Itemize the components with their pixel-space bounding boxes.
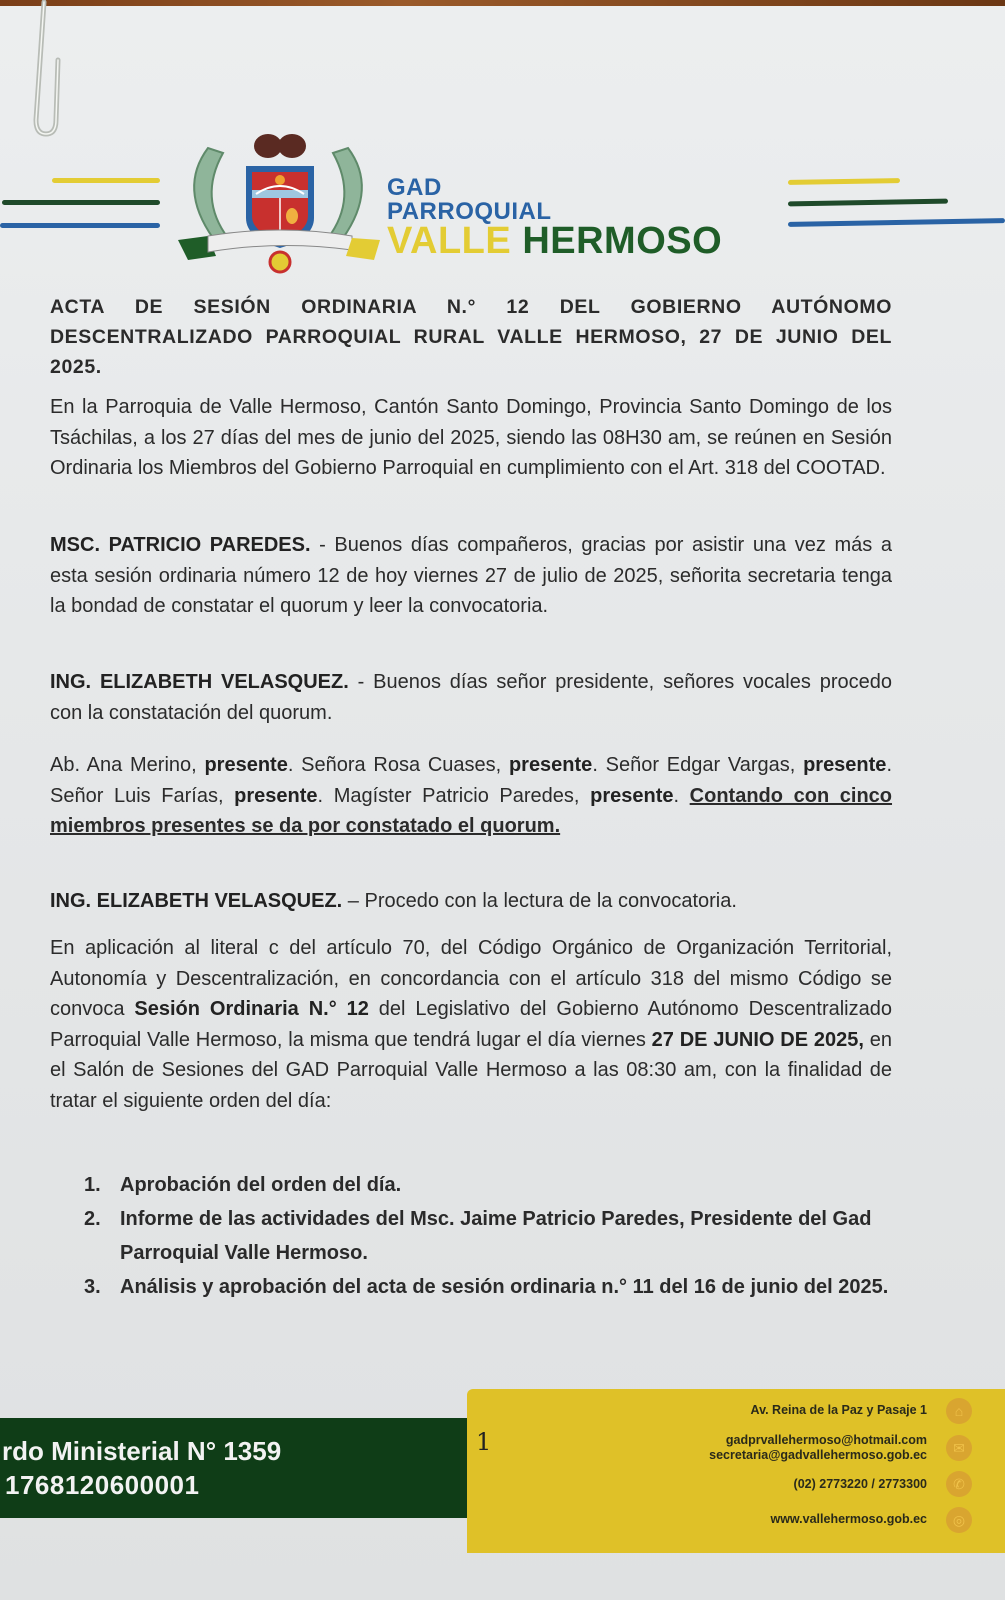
speaker-name: ING. ELIZABETH VELASQUEZ. <box>50 890 342 912</box>
email-list: gadprvallehermoso@hotmail.com secretaria… <box>709 1433 927 1463</box>
intro-paragraph: En la Parroquia de Valle Hermoso, Cantón… <box>50 392 892 484</box>
agenda-item: 1.Aprobación del orden del día. <box>84 1168 919 1202</box>
home-icon: ⌂ <box>946 1398 972 1424</box>
phone-icon: ✆ <box>946 1471 972 1497</box>
brand-line-valle-hermoso: VALLE HERMOSO <box>387 222 722 260</box>
header-stripe-green-left <box>2 200 160 205</box>
email-secretary[interactable]: secretaria@gadvallehermoso.gob.ec <box>709 1448 927 1463</box>
footer-green-band: rdo Ministerial N° 1359 1768120600001 <box>0 1418 470 1518</box>
paperclip-icon <box>26 0 66 140</box>
document-title: ACTA DE SESIÓN ORDINARIA N.° 12 DEL GOBI… <box>50 292 892 382</box>
website-link[interactable]: www.vallehermoso.gob.ec <box>770 1512 927 1527</box>
brand-line-gad: GAD <box>387 176 722 200</box>
email-primary[interactable]: gadprvallehermoso@hotmail.com <box>709 1433 927 1448</box>
agenda-item: 2.Informe de las actividades del Msc. Ja… <box>84 1202 919 1270</box>
page-number: 1 <box>476 1428 491 1456</box>
header-stripe-blue-left <box>0 223 160 228</box>
speech-velasquez-1: ING. ELIZABETH VELASQUEZ. - Buenos días … <box>50 667 892 728</box>
roll-call-paragraph: Ab. Ana Merino, presente. Señora Rosa Cu… <box>50 750 892 842</box>
speech-paredes: MSC. PATRICIO PAREDES. - Buenos días com… <box>50 530 892 622</box>
header-stripe-yellow-left <box>52 178 160 183</box>
ministerial-agreement: rdo Ministerial N° 1359 <box>2 1436 281 1467</box>
address-text: Av. Reina de la Paz y Pasaje 1 <box>751 1403 927 1418</box>
convocation-paragraph: En aplicación al literal c del artículo … <box>50 933 892 1116</box>
coat-of-arms-logo <box>168 128 388 278</box>
speech-velasquez-2: ING. ELIZABETH VELASQUEZ. – Procedo con … <box>50 886 892 917</box>
brand-logotype: GAD PARROQUIAL VALLE HERMOSO <box>387 176 722 260</box>
web-icon: ◎ <box>946 1507 972 1533</box>
speaker-name: MSC. PATRICIO PAREDES. <box>50 534 311 556</box>
phone-text: (02) 2773220 / 2773300 <box>794 1477 927 1492</box>
speaker-name: ING. ELIZABETH VELASQUEZ. <box>50 671 349 693</box>
agenda-list: 1.Aprobación del orden del día. 2.Inform… <box>84 1168 919 1304</box>
mail-icon: ✉ <box>946 1435 972 1461</box>
agenda-item: 3.Análisis y aprobación del acta de sesi… <box>84 1270 919 1304</box>
ruc-number: 1768120600001 <box>5 1470 199 1501</box>
